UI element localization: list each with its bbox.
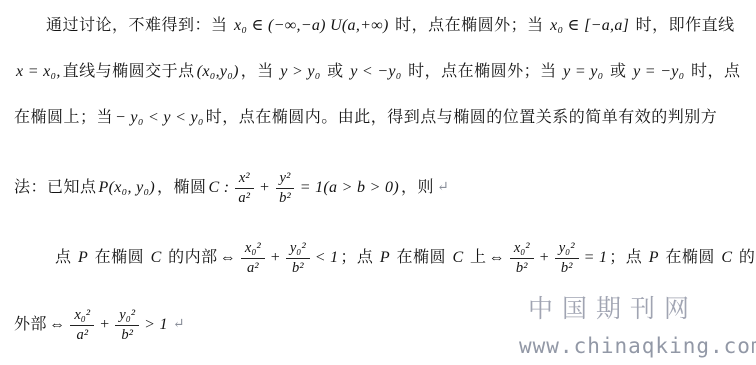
text-run: 时，即作直线 bbox=[631, 16, 735, 35]
watermark-url: www.chinaqking.com bbox=[519, 334, 756, 358]
math-run: ⇔ bbox=[487, 248, 507, 267]
text-run: 外部 bbox=[14, 315, 47, 334]
text-run: 在椭圆 bbox=[392, 248, 451, 267]
text-run: 的内部 bbox=[164, 248, 218, 267]
math-run: C bbox=[719, 248, 734, 267]
math-run: P(x₀, y₀) bbox=[97, 178, 157, 197]
fraction-denominator: a² bbox=[234, 189, 254, 206]
text-run: 或 bbox=[606, 62, 632, 81]
text-run: 在椭圆 bbox=[661, 248, 720, 267]
line-6: 外部⇔x₀²a²+y₀²b²> 1↵ bbox=[14, 294, 185, 356]
fraction-numerator: x₀² bbox=[241, 240, 265, 258]
fraction: y₀²b² bbox=[115, 307, 139, 342]
fraction-denominator: a² bbox=[243, 259, 263, 276]
math-run: < 1 bbox=[313, 248, 341, 267]
text-run: 在椭圆 bbox=[90, 248, 149, 267]
text-run: 时，点在椭圆外；当 bbox=[391, 16, 549, 35]
math-run: (x₀,y₀) bbox=[195, 62, 241, 81]
text-run: 通过讨论，不难得到：当 bbox=[46, 16, 232, 35]
text-run: ；点 bbox=[609, 248, 647, 267]
fraction-denominator: b² bbox=[275, 189, 295, 206]
watermark-brand: 中国期刊网 bbox=[528, 289, 698, 325]
math-run: y = −y₀ bbox=[631, 62, 686, 81]
math-run: P bbox=[378, 248, 392, 267]
math-run: x = x₀, bbox=[14, 62, 63, 81]
fraction-numerator: y² bbox=[276, 170, 295, 188]
paragraph-mark: ↵ bbox=[170, 317, 185, 334]
math-run: C bbox=[149, 248, 164, 267]
text-run: 在椭圆上；当 bbox=[14, 108, 113, 127]
line-2: x = x₀,直线与椭圆交于点(x₀,y₀)，当 y > y₀ 或 y < −y… bbox=[14, 52, 741, 92]
math-run: + bbox=[268, 248, 283, 267]
math-run: C bbox=[451, 248, 466, 267]
document-page: 通过讨论，不难得到：当 x₀ ∈ (−∞,−a) U(a,+∞) 时，点在椭圆外… bbox=[0, 0, 756, 365]
math-run: − y₀ < y < y₀ bbox=[113, 108, 206, 127]
text-run: 的 bbox=[734, 248, 755, 267]
fraction: x₀²a² bbox=[241, 240, 265, 275]
fraction-denominator: a² bbox=[72, 326, 92, 343]
fraction: y₀²b² bbox=[286, 240, 310, 275]
math-run: y > y₀ bbox=[278, 62, 322, 81]
text-run: 点 bbox=[55, 248, 76, 267]
math-run: P bbox=[647, 248, 661, 267]
text-run: ，则 bbox=[401, 178, 434, 197]
math-run: + bbox=[537, 248, 552, 267]
math-run: + bbox=[257, 178, 272, 197]
math-run: ⇔ bbox=[218, 248, 238, 267]
line-3: 在椭圆上；当− y₀ < y < y₀时，点在椭圆内。由此，得到点与椭圆的位置关… bbox=[14, 98, 717, 138]
text-run: ，当 bbox=[241, 62, 279, 81]
fraction: x²a² bbox=[234, 170, 254, 205]
text-run: 上 bbox=[465, 248, 486, 267]
text-run: 法：已知点 bbox=[14, 178, 97, 197]
fraction-numerator: x₀² bbox=[510, 240, 534, 258]
fraction-numerator: y₀² bbox=[115, 307, 139, 325]
math-run: P bbox=[76, 248, 90, 267]
fraction-numerator: x₀² bbox=[70, 307, 94, 325]
math-run: = 1 bbox=[582, 248, 610, 267]
math-run: > 1 bbox=[142, 315, 170, 334]
text-run: 时，点在椭圆外；当 bbox=[404, 62, 562, 81]
text-run: ，椭圆 bbox=[157, 178, 207, 197]
text-run: 时，点在椭圆内。由此，得到点与椭圆的位置关系的简单有效的判别方 bbox=[206, 108, 718, 127]
fraction-numerator: y₀² bbox=[286, 240, 310, 258]
fraction: x₀²a² bbox=[70, 307, 94, 342]
fraction-numerator: y₀² bbox=[555, 240, 579, 258]
math-run: y = y₀ bbox=[561, 62, 605, 81]
fraction-denominator: b² bbox=[288, 259, 308, 276]
math-run: x₀ ∈ (−∞,−a) U(a,+∞) bbox=[232, 16, 391, 35]
paragraph-mark: ↵ bbox=[434, 180, 449, 197]
line-4: 法：已知点P(x₀, y₀)，椭圆C :x²a²+y²b²= 1(a > b >… bbox=[14, 157, 449, 219]
math-run: = 1(a > b > 0) bbox=[298, 178, 401, 197]
math-run: ⇔ bbox=[47, 315, 67, 334]
fraction-denominator: b² bbox=[512, 259, 532, 276]
text-run: ；点 bbox=[340, 248, 378, 267]
text-run: 或 bbox=[323, 62, 349, 81]
math-run: C : bbox=[207, 178, 232, 197]
fraction-numerator: x² bbox=[235, 170, 254, 188]
line-1: 通过讨论，不难得到：当 x₀ ∈ (−∞,−a) U(a,+∞) 时，点在椭圆外… bbox=[46, 6, 735, 46]
fraction-denominator: b² bbox=[117, 326, 137, 343]
math-run: + bbox=[97, 315, 112, 334]
text-run: 直线与椭圆交于点 bbox=[63, 62, 195, 81]
text-run: 时，点 bbox=[687, 62, 741, 81]
fraction: x₀²b² bbox=[510, 240, 534, 275]
fraction: y²b² bbox=[275, 170, 295, 205]
line-5: 点 P 在椭圆 C 的内部⇔x₀²a²+y₀²b²< 1；点 P 在椭圆 C 上… bbox=[55, 227, 755, 289]
fraction-denominator: b² bbox=[557, 259, 577, 276]
math-run: x₀ ∈ [−a,a] bbox=[548, 16, 631, 35]
math-run: y < −y₀ bbox=[348, 62, 403, 81]
fraction: y₀²b² bbox=[555, 240, 579, 275]
